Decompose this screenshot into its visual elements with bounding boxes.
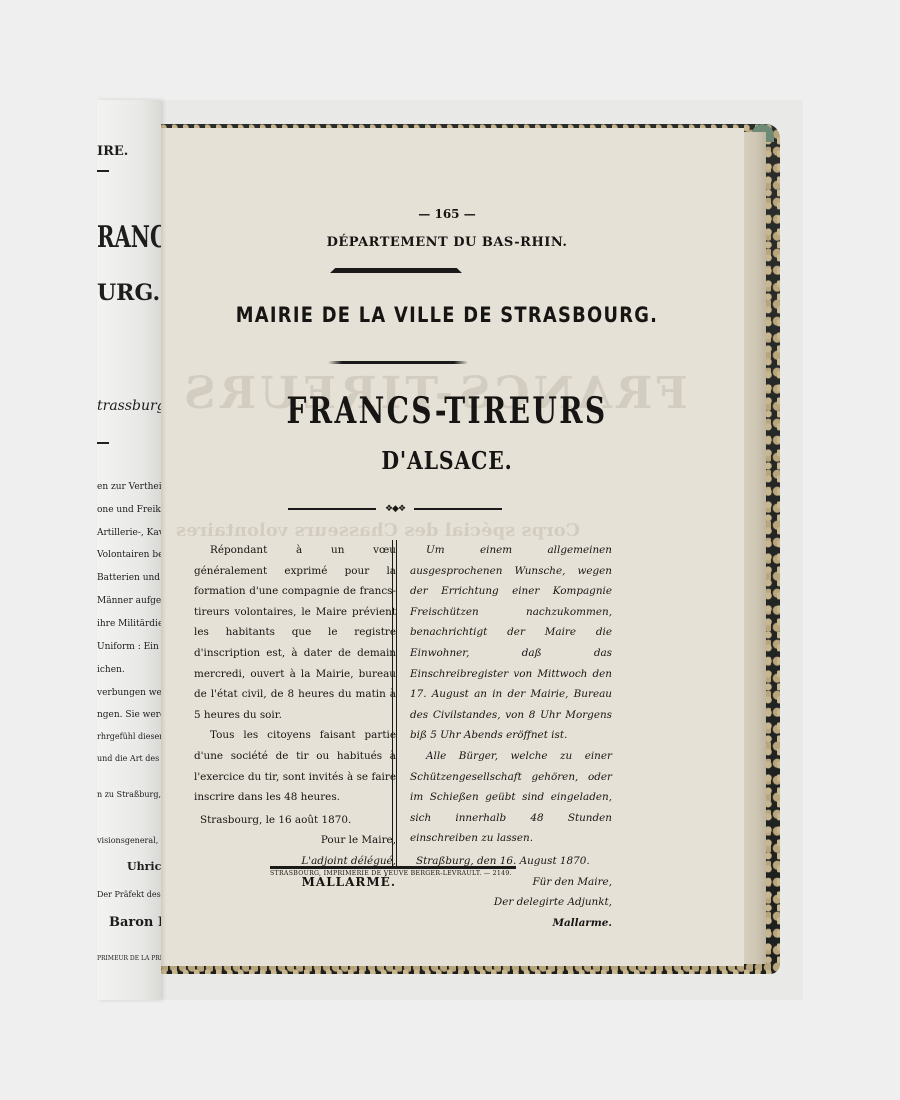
left-page-fragment: PRIMEUR DE LA PRÉFECTURE (97, 955, 161, 962)
french-paragraph: Tous les citoyens faisant partie d'une s… (194, 725, 396, 807)
left-page-fragment: ichen. (97, 665, 125, 675)
ornament-bar-right (414, 508, 502, 510)
french-signature-line: Pour le Maire, (194, 830, 396, 851)
ornament-icon: ❖◆❖ (376, 503, 414, 515)
german-signature-title: Der delegirte Adjunkt, (410, 892, 612, 913)
left-page-fragment: rhrgefühl dieser Freiwill (97, 732, 161, 741)
left-page-fragment: one und Freikompagn (97, 505, 161, 515)
left-page-fragment: ngen. Sie werden (97, 710, 161, 720)
left-page-fragment: RANCH (97, 220, 161, 255)
ornamental-divider: ❖◆❖ (288, 506, 502, 512)
left-page-fragment: Artillerie-, Kavaler (97, 528, 161, 538)
left-page-fragment: Batterien und Kano (97, 573, 161, 583)
left-page-fragment: ihre Militärdienst hab (97, 619, 161, 629)
mairie-heading: MAIRIE DE LA VILLE DE STRASBOURG. (195, 303, 700, 327)
left-page-fragment: und die Art des Dien (97, 754, 161, 763)
left-page-fragment: visionsgeneral, Ober (97, 836, 161, 845)
left-page-fragment: URG. (97, 280, 160, 306)
left-facing-page: IRE. RANCH URG. trassburg. en zur Verthe… (97, 100, 161, 1000)
printer-imprint: STRASBOURG, IMPRIMERIE DE VEUVE BERGER-L… (270, 870, 520, 877)
left-page-fragment: Uhrich (127, 860, 161, 873)
printed-page: FRANCS-TIREURS Corps spécial des Chasseu… (150, 128, 744, 966)
german-signature-name: Mallarme. (410, 913, 612, 934)
document-subtitle: D'ALSACE. (195, 446, 700, 475)
left-page-fragment: en zur Vertheidigung (97, 482, 161, 492)
ornament-bar-left (288, 508, 376, 510)
imprint-rule (270, 866, 516, 869)
left-page-fragment: Volontairen beitzu (97, 550, 161, 560)
left-page-rule (97, 170, 109, 172)
column-divider (392, 540, 397, 866)
heading-rule (330, 268, 462, 273)
divider-rule (328, 361, 468, 364)
german-paragraph: Um einem allgemeinen ausgesprochenen Wun… (410, 540, 612, 746)
left-page-fragment: Männer aufgenomm (97, 596, 161, 606)
left-page-fragment: Baron Pron (109, 915, 161, 930)
left-page-fragment: n zu Straßburg, den (97, 790, 161, 799)
document-title: FRANCS-TIREURS (215, 390, 678, 432)
left-page-fragment: Uniform : Ein Unt (97, 642, 161, 652)
german-paragraph: Alle Bürger, welche zu einer Schützenges… (410, 746, 612, 849)
left-page-fragment: trassburg. (97, 398, 161, 414)
left-page-fragment: verbungen werden (97, 688, 161, 698)
page-number: — 165 — (150, 207, 744, 221)
left-page-fragment: IRE. (97, 144, 128, 159)
proclamation: — 165 — DÉPARTEMENT DU BAS-RHIN. MAIRIE … (150, 128, 744, 966)
french-column: Répondant à un vœu généralement exprimé … (194, 540, 396, 892)
department-heading: DÉPARTEMENT DU BAS-RHIN. (150, 235, 744, 250)
french-paragraph: Répondant à un vœu généralement exprimé … (194, 540, 396, 725)
left-page-rule (97, 442, 109, 444)
french-dateline: Strasbourg, le 16 août 1870. (194, 810, 396, 831)
left-page-fragment: Der Präfekt des Nieder (97, 890, 161, 899)
